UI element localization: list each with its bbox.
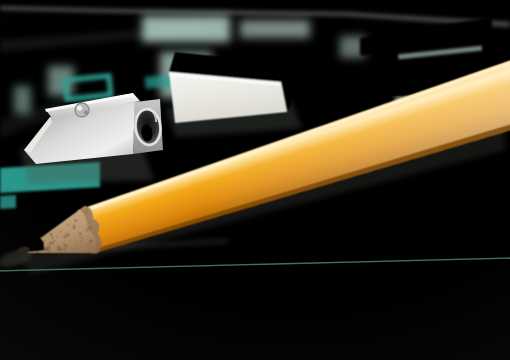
photo-scene — [0, 0, 510, 360]
answer-sheet-photo — [0, 0, 510, 360]
vignette-overlay — [0, 0, 510, 360]
